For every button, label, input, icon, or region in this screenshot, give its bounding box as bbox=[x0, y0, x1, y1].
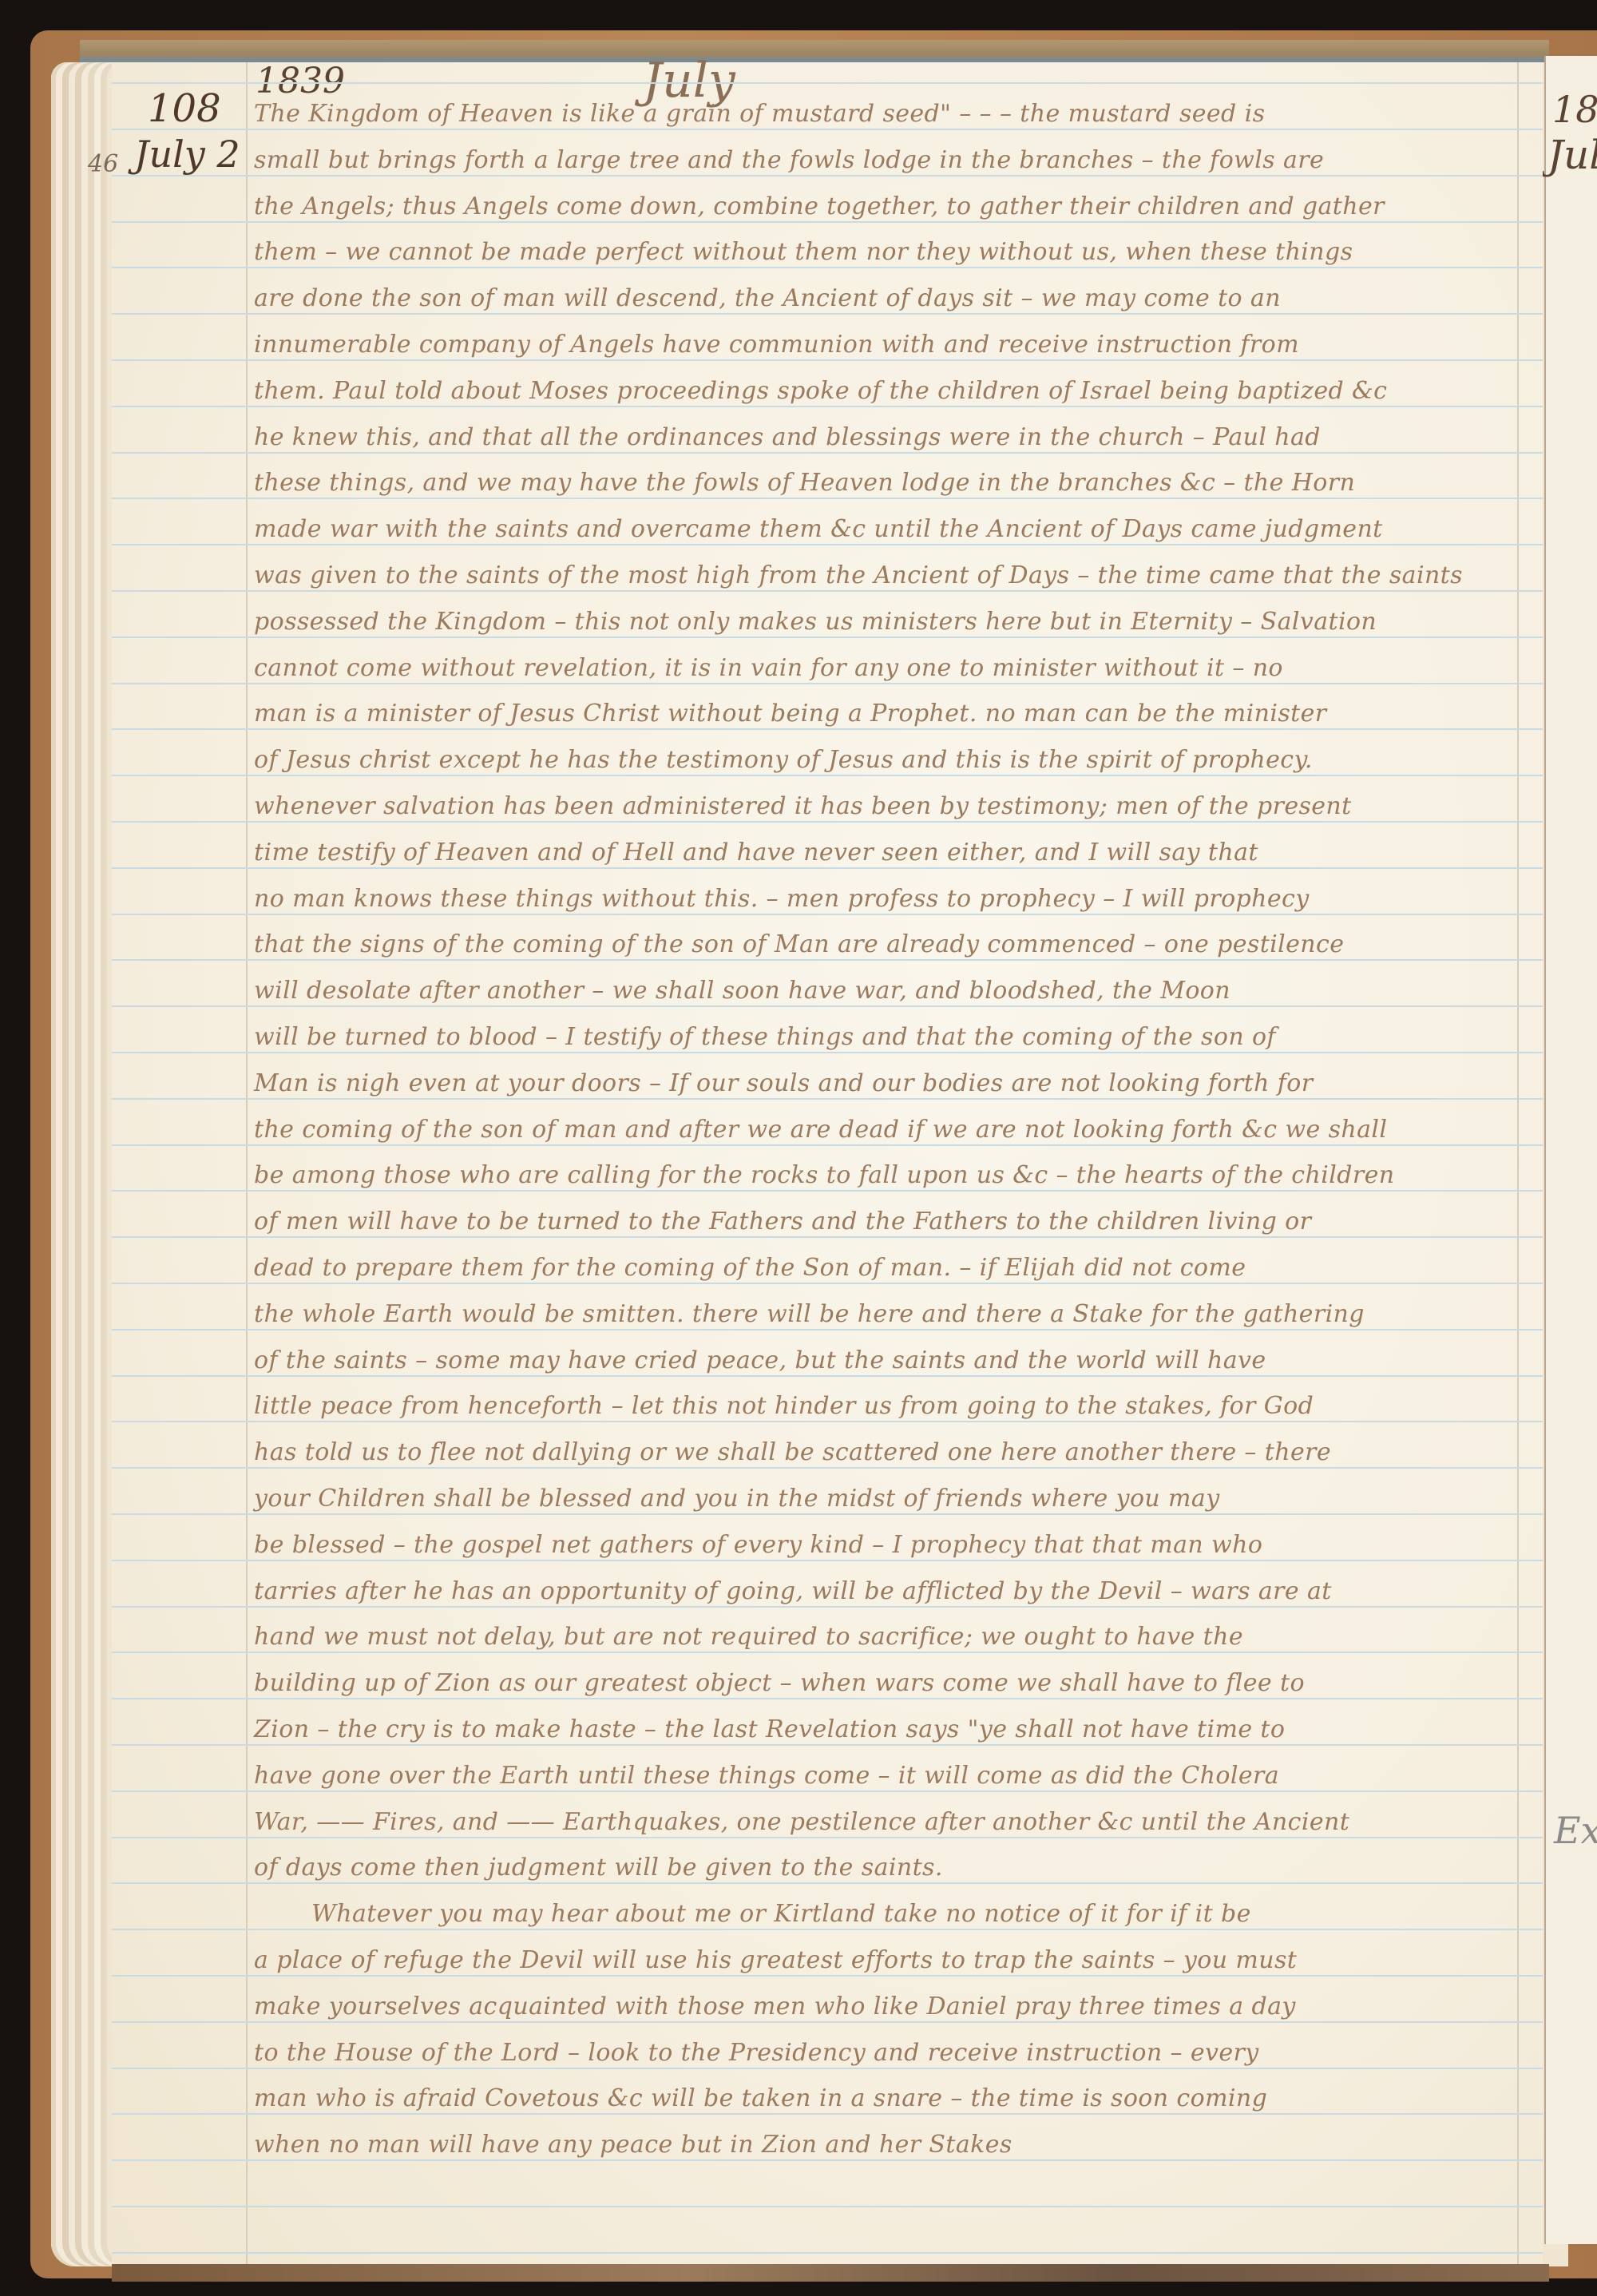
text-line: Whatever you may hear about me or Kirtla… bbox=[311, 1900, 1251, 1928]
ruled-line bbox=[112, 1190, 1543, 1192]
text-line: whenever salvation has been administered… bbox=[254, 792, 1352, 820]
text-line: of Jesus christ except he has the testim… bbox=[254, 746, 1313, 774]
text-line: of days come then judgment will be given… bbox=[254, 1854, 943, 1882]
text-line: of men will have to be turned to the Fat… bbox=[254, 1207, 1311, 1235]
ruled-line bbox=[112, 1975, 1543, 1977]
text-line: Man is nigh even at your doors – If our … bbox=[254, 1069, 1313, 1097]
text-line: innumerable company of Angels have commu… bbox=[254, 331, 1299, 359]
manuscript-page: 108 July 2 46 1839 July The Kingdom of H… bbox=[112, 62, 1543, 2274]
ruled-line bbox=[112, 452, 1543, 454]
ruled-line bbox=[112, 2113, 1543, 2115]
text-line: War, —— Fires, and —— Earthquakes, one p… bbox=[254, 1808, 1349, 1836]
ruled-line bbox=[112, 1421, 1543, 1422]
text-line: he knew this, and that all the ordinance… bbox=[254, 423, 1321, 451]
ruled-line bbox=[112, 359, 1543, 361]
text-line: will be turned to blood – I testify of t… bbox=[254, 1023, 1276, 1051]
text-line: the coming of the son of man and after w… bbox=[254, 1116, 1387, 1144]
text-line: The Kingdom of Heaven is like a grain of… bbox=[254, 100, 1265, 128]
text-line: that the signs of the coming of the son … bbox=[254, 930, 1344, 958]
text-line: possessed the Kingdom – this not only ma… bbox=[254, 608, 1377, 636]
ruled-line bbox=[112, 267, 1543, 268]
text-line: hand we must not delay, but are not requ… bbox=[254, 1623, 1243, 1651]
ruled-line bbox=[112, 1882, 1543, 1884]
text-line: small but brings forth a large tree and … bbox=[254, 146, 1324, 174]
text-line: make yourselves acquainted with those me… bbox=[254, 1993, 1296, 2020]
ruled-line bbox=[112, 1606, 1543, 1608]
next-page-note: Ex bbox=[1554, 1809, 1597, 1852]
text-line: will desolate after another – we shall s… bbox=[254, 977, 1230, 1005]
ruled-line bbox=[112, 1837, 1543, 1838]
ruled-line bbox=[112, 2206, 1543, 2207]
right-margin-line bbox=[1517, 62, 1519, 2274]
ruled-line bbox=[112, 728, 1543, 730]
book-bottom-edge bbox=[112, 2264, 1549, 2282]
ruled-line bbox=[112, 1560, 1543, 1561]
ruled-line bbox=[112, 1329, 1543, 1330]
ruled-line bbox=[112, 1467, 1543, 1469]
ruled-line bbox=[112, 498, 1543, 499]
text-line: tarries after he has an opportunity of g… bbox=[254, 1577, 1332, 1605]
text-line: made war with the saints and overcame th… bbox=[254, 515, 1383, 543]
text-line: your Children shall be blessed and you i… bbox=[254, 1485, 1220, 1513]
text-line: these things, and we may have the fowls … bbox=[254, 469, 1355, 497]
ruled-line bbox=[112, 1513, 1543, 1515]
ruled-line bbox=[112, 1005, 1543, 1007]
text-line: Zion – the cry is to make haste – the la… bbox=[254, 1715, 1285, 1743]
text-line: when no man will have any peace but in Z… bbox=[254, 2131, 1012, 2159]
ruled-line bbox=[112, 590, 1543, 592]
ruled-line bbox=[112, 82, 1543, 84]
ruled-line bbox=[112, 406, 1543, 407]
ruled-line bbox=[112, 1236, 1543, 1238]
ruled-line bbox=[112, 129, 1543, 130]
ruled-line bbox=[112, 2252, 1543, 2254]
text-line: a place of refuge the Devil will use his… bbox=[254, 1946, 1297, 1974]
text-line: time testify of Heaven and of Hell and h… bbox=[254, 839, 1258, 866]
ruled-line bbox=[112, 2021, 1543, 2023]
text-line: building up of Zion as our greatest obje… bbox=[254, 1669, 1305, 1697]
ruled-line bbox=[112, 2159, 1543, 2161]
text-line: was given to the saints of the most high… bbox=[254, 561, 1463, 589]
ruled-line bbox=[112, 1698, 1543, 1699]
text-line: the Angels; thus Angels come down, combi… bbox=[254, 192, 1385, 220]
text-line: no man knows these things without this. … bbox=[254, 885, 1310, 913]
ruled-line bbox=[112, 1929, 1543, 1930]
ruled-line bbox=[112, 313, 1543, 315]
ruled-line bbox=[112, 1144, 1543, 1146]
ruled-line bbox=[112, 867, 1543, 869]
ruled-line bbox=[112, 821, 1543, 823]
ruled-line bbox=[112, 1744, 1543, 1746]
ruled-line bbox=[112, 1283, 1543, 1284]
ruled-line bbox=[112, 2068, 1543, 2069]
text-line: be among those who are calling for the r… bbox=[254, 1161, 1394, 1189]
text-line: cannot come without revelation, it is in… bbox=[254, 654, 1283, 682]
text-line: the whole Earth would be smitten. there … bbox=[254, 1300, 1365, 1328]
text-line: be blessed – the gospel net gathers of e… bbox=[254, 1531, 1262, 1559]
ruled-line bbox=[112, 1098, 1543, 1100]
text-line: of the saints – some may have cried peac… bbox=[254, 1346, 1266, 1374]
ruled-line bbox=[112, 959, 1543, 961]
edge-note: 46 bbox=[88, 150, 118, 178]
text-line: man is a minister of Jesus Christ withou… bbox=[254, 700, 1326, 728]
ruled-line bbox=[112, 221, 1543, 223]
text-line: dead to prepare them for the coming of t… bbox=[254, 1254, 1246, 1282]
text-line: are done the son of man will descend, th… bbox=[254, 284, 1281, 312]
next-page-number: 18 bbox=[1552, 88, 1597, 131]
ruled-line bbox=[112, 683, 1543, 684]
text-line: man who is afraid Covetous &c will be ta… bbox=[254, 2084, 1267, 2112]
ruled-line bbox=[112, 1652, 1543, 1653]
next-page-month: July bbox=[1547, 132, 1597, 178]
ruled-line bbox=[112, 775, 1543, 776]
text-line: has told us to flee not dallying or we s… bbox=[254, 1438, 1331, 1466]
margin-line bbox=[246, 62, 248, 2274]
text-line: have gone over the Earth until these thi… bbox=[254, 1762, 1279, 1790]
ruled-line bbox=[112, 544, 1543, 545]
ruled-line bbox=[112, 1052, 1543, 1053]
next-page-sliver: 18 July Ex bbox=[1544, 56, 1597, 2244]
ruled-line bbox=[112, 914, 1543, 915]
ruled-line bbox=[112, 636, 1543, 638]
text-line: them. Paul told about Moses proceedings … bbox=[254, 377, 1387, 405]
ruled-line bbox=[112, 175, 1543, 176]
text-line: little peace from henceforth – let this … bbox=[254, 1392, 1314, 1420]
page-number: 108 bbox=[148, 86, 221, 131]
header-year: 1839 bbox=[256, 61, 345, 101]
text-line: to the House of the Lord – look to the P… bbox=[254, 2039, 1259, 2067]
ruled-line bbox=[112, 1375, 1543, 1377]
ruled-line bbox=[112, 1790, 1543, 1792]
text-line: them – we cannot be made perfect without… bbox=[254, 238, 1353, 266]
date-note: July 2 bbox=[134, 133, 240, 176]
